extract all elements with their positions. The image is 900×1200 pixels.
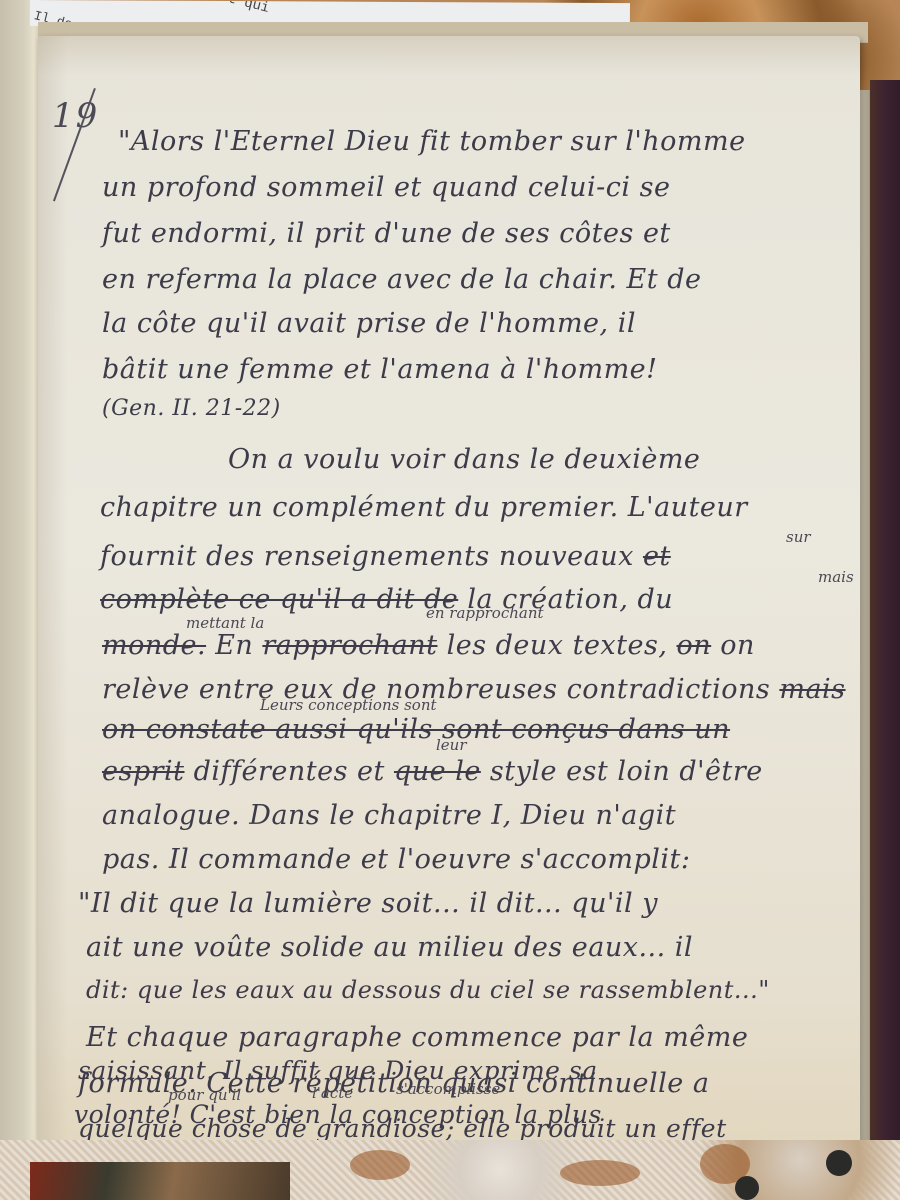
line-12-after: les deux textes, [447, 630, 668, 661]
insertion-s-accomplisse: s'accomplisse [396, 1080, 500, 1098]
insertion-en-rapprochant: en rapprochant [426, 604, 544, 622]
line-12-struck-word: monde. [102, 630, 206, 661]
line-12-struck: rapprochant [262, 630, 437, 661]
manuscript-line-13: relève entre eux de nombreuses contradic… [102, 674, 846, 705]
manuscript-line-14: on constate aussi qu'ils sont conçus dan… [102, 714, 730, 745]
manuscript-line-6: bâtit une femme et l'amena à l'homme! [102, 354, 658, 385]
line-12-end: on [720, 630, 755, 661]
manuscript-line-21: Et chaque paragraphe commence par la mêm… [86, 1022, 748, 1053]
manuscript-line-4: en referma la place avec de la chair. Et… [102, 264, 701, 295]
patterned-fabric [30, 1162, 290, 1200]
line-12-struck-end: on [677, 630, 712, 661]
manuscript-line-11: complète ce qu'il a dit de la création, … [100, 584, 673, 615]
manuscript-line-7-citation: (Gen. II. 21-22) [102, 396, 281, 421]
line-11-struck: complète ce qu'il a dit de [100, 584, 458, 615]
line-10-text: fournit des renseignements nouveaux [100, 541, 634, 572]
manuscript-line-24: saisissant. Il suffit que Dieu exprime s… [78, 1056, 598, 1085]
line-15-struck: esprit [102, 756, 185, 787]
dark-spot [735, 1176, 759, 1200]
manuscript-line-25: volonté! C'est bien la conception la plu… [74, 1100, 602, 1129]
manuscript-line-10: fournit des renseignements nouveaux et [100, 541, 671, 572]
line-15-text: différentes et [194, 756, 385, 787]
line-10-struck: et [643, 541, 671, 572]
previous-leaf-edge [0, 0, 40, 1200]
insertion-sur: sur [786, 528, 811, 546]
line-14-struck: on constate aussi qu'ils sont conçus dan… [102, 714, 730, 745]
rust-stain [350, 1150, 410, 1180]
line-15-after: style est loin d'être [490, 756, 763, 787]
insertion-leurs-conceptions-sont: Leurs conceptions sont [260, 696, 437, 714]
rust-stain [560, 1160, 640, 1186]
dark-spot [826, 1150, 852, 1176]
manuscript-line-3: fut endormi, il prit d'une de ses côtes … [102, 218, 671, 249]
manuscript-line-1: "Alors l'Eternel Dieu fit tomber sur l'h… [118, 126, 746, 157]
manuscript-line-19: ait une voûte solide au milieu des eaux.… [86, 932, 693, 963]
manuscript-line-17: pas. Il commande et l'oeuvre s'accomplit… [102, 844, 691, 875]
manuscript-line-8: On a voulu voir dans le deuxième [228, 444, 700, 475]
line-12-en: En [215, 630, 253, 661]
manuscript-line-12: monde. En rapprochant les deux textes, o… [102, 630, 755, 661]
manuscript-line-5: la côte qu'il avait prise de l'homme, il [102, 308, 636, 339]
manuscript-line-9: chapitre un complément du premier. L'aut… [100, 492, 748, 523]
page-number: 19 [52, 96, 99, 136]
insertion-leur: leur [436, 736, 467, 754]
book-cover-board [870, 80, 900, 1160]
photo-scene: t qui Il denri 19 "Alors l'Eternel Dieu … [0, 0, 900, 1200]
manuscript-line-20: dit: que les eaux au dessous du ciel se … [86, 976, 770, 1004]
manuscript-line-15: esprit différentes et que le style est l… [102, 756, 763, 787]
typed-text-line-1: t qui [226, 0, 271, 17]
insertion-mais: mais [818, 568, 854, 586]
line-13-struck: mais [779, 674, 845, 705]
manuscript-line-2: un profond sommeil et quand celui-ci se [102, 172, 670, 203]
line-15-struck-2: que le [394, 756, 481, 787]
manuscript-page: 19 "Alors l'Eternel Dieu fit tomber sur … [38, 36, 860, 1158]
manuscript-line-18: "Il dit que la lumière soit... il dit...… [78, 888, 658, 919]
manuscript-line-16: analogue. Dans le chapitre I, Dieu n'agi… [102, 800, 676, 831]
